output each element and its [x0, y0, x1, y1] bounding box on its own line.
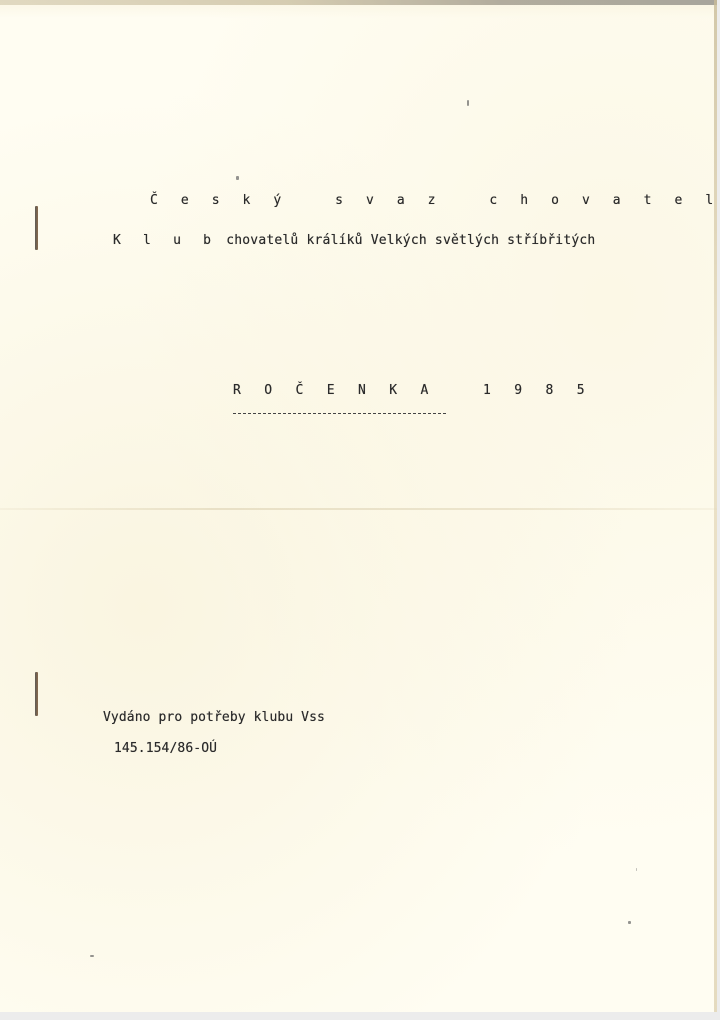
ink-speck [90, 955, 94, 957]
ink-speck [467, 100, 469, 106]
staple-bottom [35, 672, 38, 716]
club-name-rest: chovatelů králíků Velkých světlých stříb… [226, 233, 595, 248]
ink-speck [236, 176, 239, 180]
viewer-bottom-margin [0, 1012, 720, 1020]
title-underline [233, 413, 446, 414]
document-title: R O Č E N K A 1 9 8 5 [233, 383, 592, 399]
paper-fold-line [0, 508, 717, 510]
staple-top [35, 206, 38, 250]
scanned-document-page: Č e s k ý s v a z c h o v a t e l ů K l … [0, 0, 717, 1012]
club-prefix: K l u b [113, 233, 218, 248]
publication-code: 145.154/86-OÚ [114, 741, 217, 757]
ink-speck [636, 868, 637, 871]
club-name-heading: K l u b chovatelů králíků Velkých světlý… [113, 233, 595, 249]
ink-speck [628, 921, 631, 924]
paper-top-edge [0, 0, 717, 5]
paper-right-edge [714, 0, 717, 1012]
publication-note: Vydáno pro potřeby klubu Vss [103, 710, 325, 726]
organization-heading: Č e s k ý s v a z c h o v a t e l ů [150, 193, 717, 209]
